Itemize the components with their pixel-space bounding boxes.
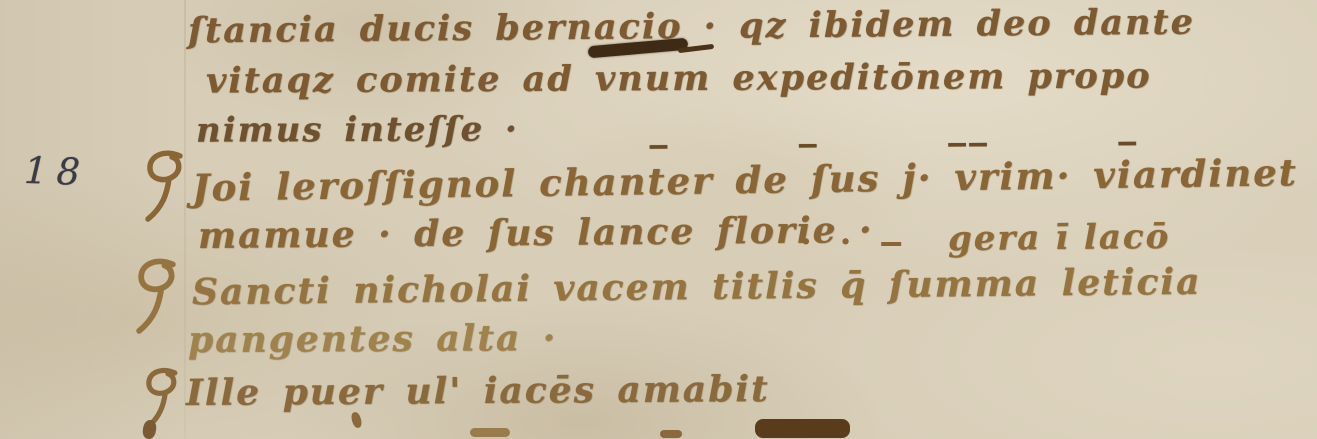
paraph-mark-icon — [138, 148, 190, 222]
manuscript-page: 18 ſtancia ducis bernacio · qz ibidem de… — [0, 0, 1317, 439]
manuscript-line-1: ſtancia ducis bernacio · qz ibidem deo d… — [188, 2, 1195, 52]
manuscript-line-8: Ille puer ul' iacēs amabit — [186, 368, 770, 414]
manuscript-line-2: vitaqz comite ad vnum expeditōnem propo — [206, 56, 1152, 102]
manuscript-line-7: pangentes alta · — [188, 317, 557, 361]
cut-off-line-stroke — [660, 430, 682, 438]
paraph-mark-icon — [128, 256, 184, 334]
cut-off-line-stroke — [470, 428, 510, 437]
folio-number: 18 — [23, 149, 90, 194]
manuscript-line-6: Sancti nicholai vacem titlis q̄ ſumma le… — [192, 261, 1202, 314]
manuscript-line-4: Joi leroſſignol chanter de ſus j· vrim· … — [192, 150, 1298, 209]
line-5-right-note: gera ī lacō — [948, 217, 1171, 259]
manuscript-line-3: nimus inteſſe · — [196, 109, 519, 150]
cut-off-line-stroke — [755, 419, 850, 438]
cut-off-line-stroke — [350, 411, 363, 429]
line-filler-dots: · · ‒ — [800, 222, 903, 262]
paraph-mark-icon — [138, 366, 184, 430]
manuscript-line-5: mamue · de ſus lance florie · — [198, 209, 874, 257]
